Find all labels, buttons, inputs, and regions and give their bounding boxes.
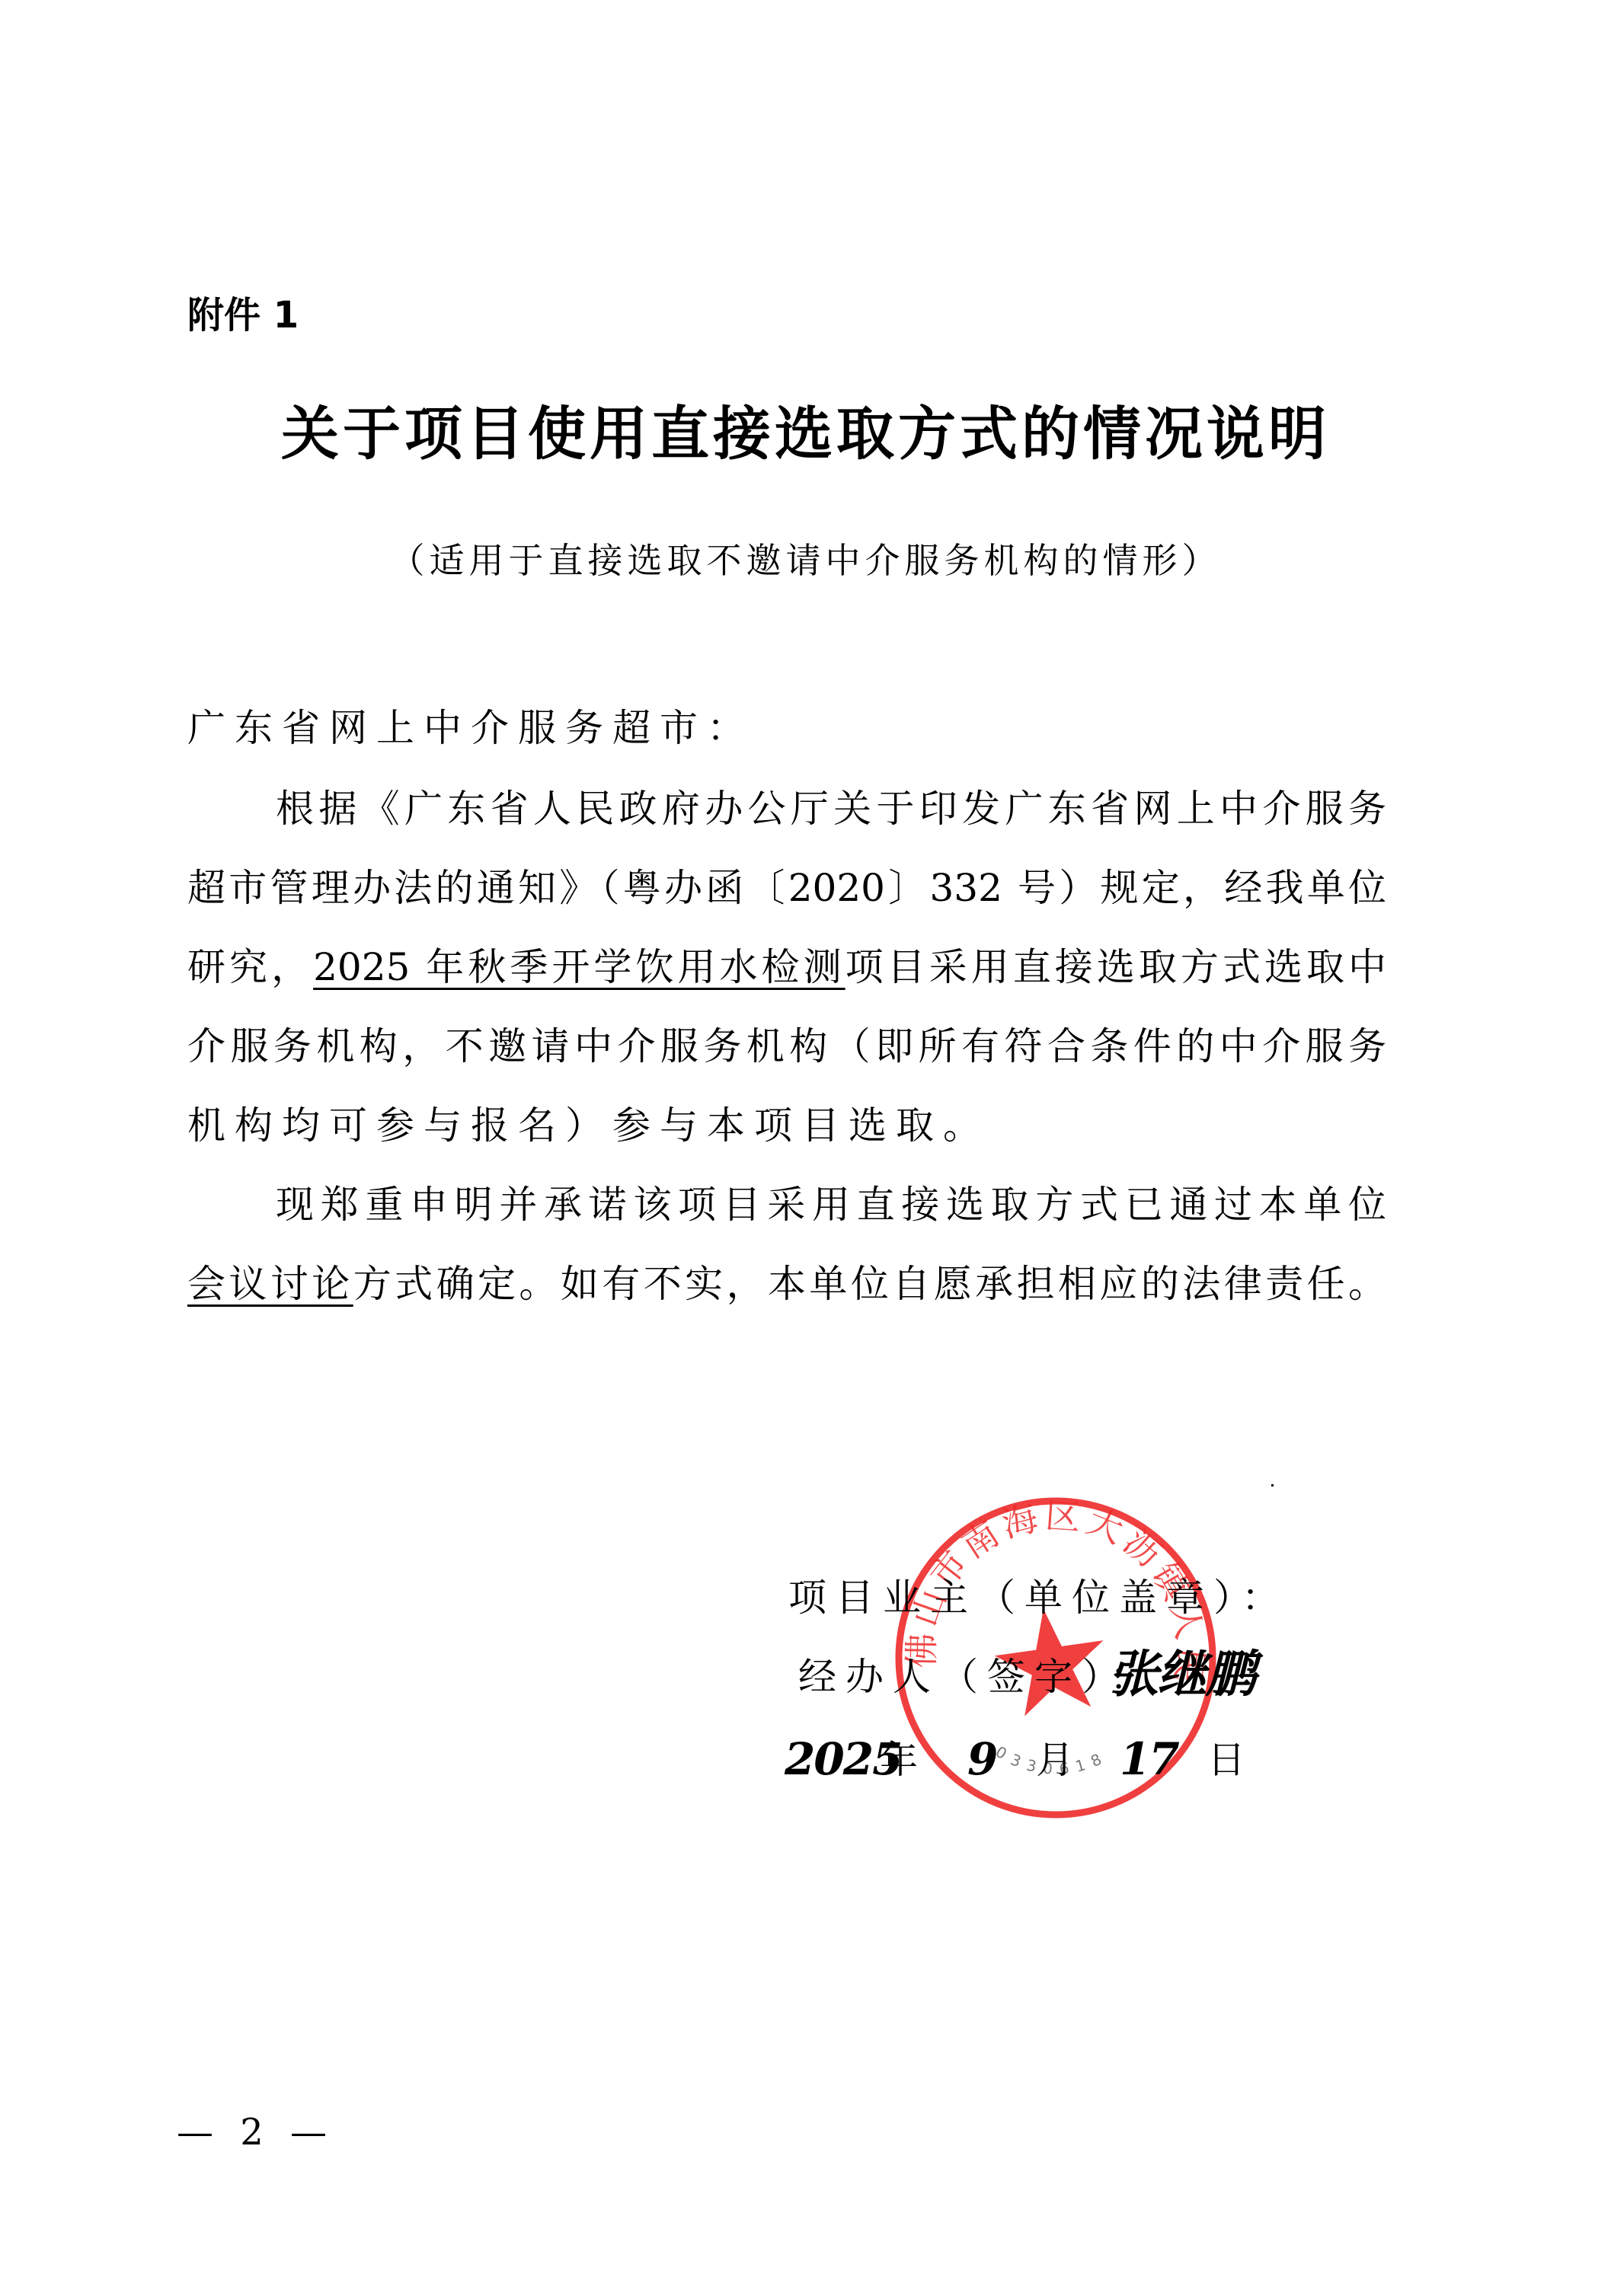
paragraph-1-line-1: 根据《广东省人民政府办公厅关于印发广东省网上中介服务: [187, 769, 1386, 848]
paragraph-1-line-3: 研究，2025 年秋季开学饮用水检测项目采用直接选取方式选取中: [187, 928, 1386, 1007]
paragraph-1: 根据《广东省人民政府办公厅关于印发广东省网上中介服务 超市管理办法的通知》（粤办…: [187, 769, 1386, 1165]
date-day-handwritten: 17: [1120, 1732, 1178, 1786]
date-year-unit: 年: [880, 1737, 927, 1783]
paragraph-1-line-2: 超市管理办法的通知》（粤办函〔2020〕332 号）规定，经我单位: [187, 848, 1386, 928]
document-subtitle: （适用于直接选取不邀请中介服务机构的情形）: [0, 536, 1611, 585]
document-title: 关于项目使用直接选取方式的情况说明: [0, 396, 1611, 472]
date-day-unit: 日: [1207, 1737, 1255, 1783]
date-month-unit: 月: [1036, 1737, 1083, 1783]
paragraph-1-line-4: 介服务机构，不邀请中介服务机构（即所有符合条件的中介服务: [187, 1007, 1386, 1086]
scan-speck: [1271, 1484, 1274, 1486]
line-suffix: 项目采用直接选取方式选取中: [845, 945, 1386, 989]
paragraph-2-line-1: 现郑重申明并承诺该项目采用直接选取方式已通过本单位: [187, 1165, 1386, 1244]
handler-signature: 张继鹏: [1108, 1643, 1255, 1704]
line-prefix: 研究，: [187, 945, 313, 989]
paragraph-1-line-5: 机构均可参与报名）参与本项目选取。: [187, 1086, 1386, 1165]
project-name-underlined: 2025 年秋季开学饮用水检测: [313, 945, 845, 989]
attachment-label: 附件 1: [187, 292, 299, 338]
handler-sign-label: 经办人（签字）：: [798, 1654, 1157, 1700]
decision-method-underlined: 会议讨论: [187, 1262, 353, 1306]
paragraph-2: 现郑重申明并承诺该项目采用直接选取方式已通过本单位 会议讨论方式确定。如有不实，…: [187, 1165, 1386, 1324]
page-number: — 2 —: [177, 2109, 334, 2155]
date-month-handwritten: 9: [967, 1732, 996, 1786]
paragraph-2-line-2: 会议讨论方式确定。如有不实，本单位自愿承担相应的法律责任。: [187, 1244, 1386, 1324]
salutation: 广东省网上中介服务超市：: [187, 688, 754, 768]
line-suffix: 方式确定。如有不实，本单位自愿承担相应的法律责任。: [353, 1262, 1386, 1306]
owner-seal-label: 项目业主（单位盖章）：: [788, 1575, 1289, 1621]
